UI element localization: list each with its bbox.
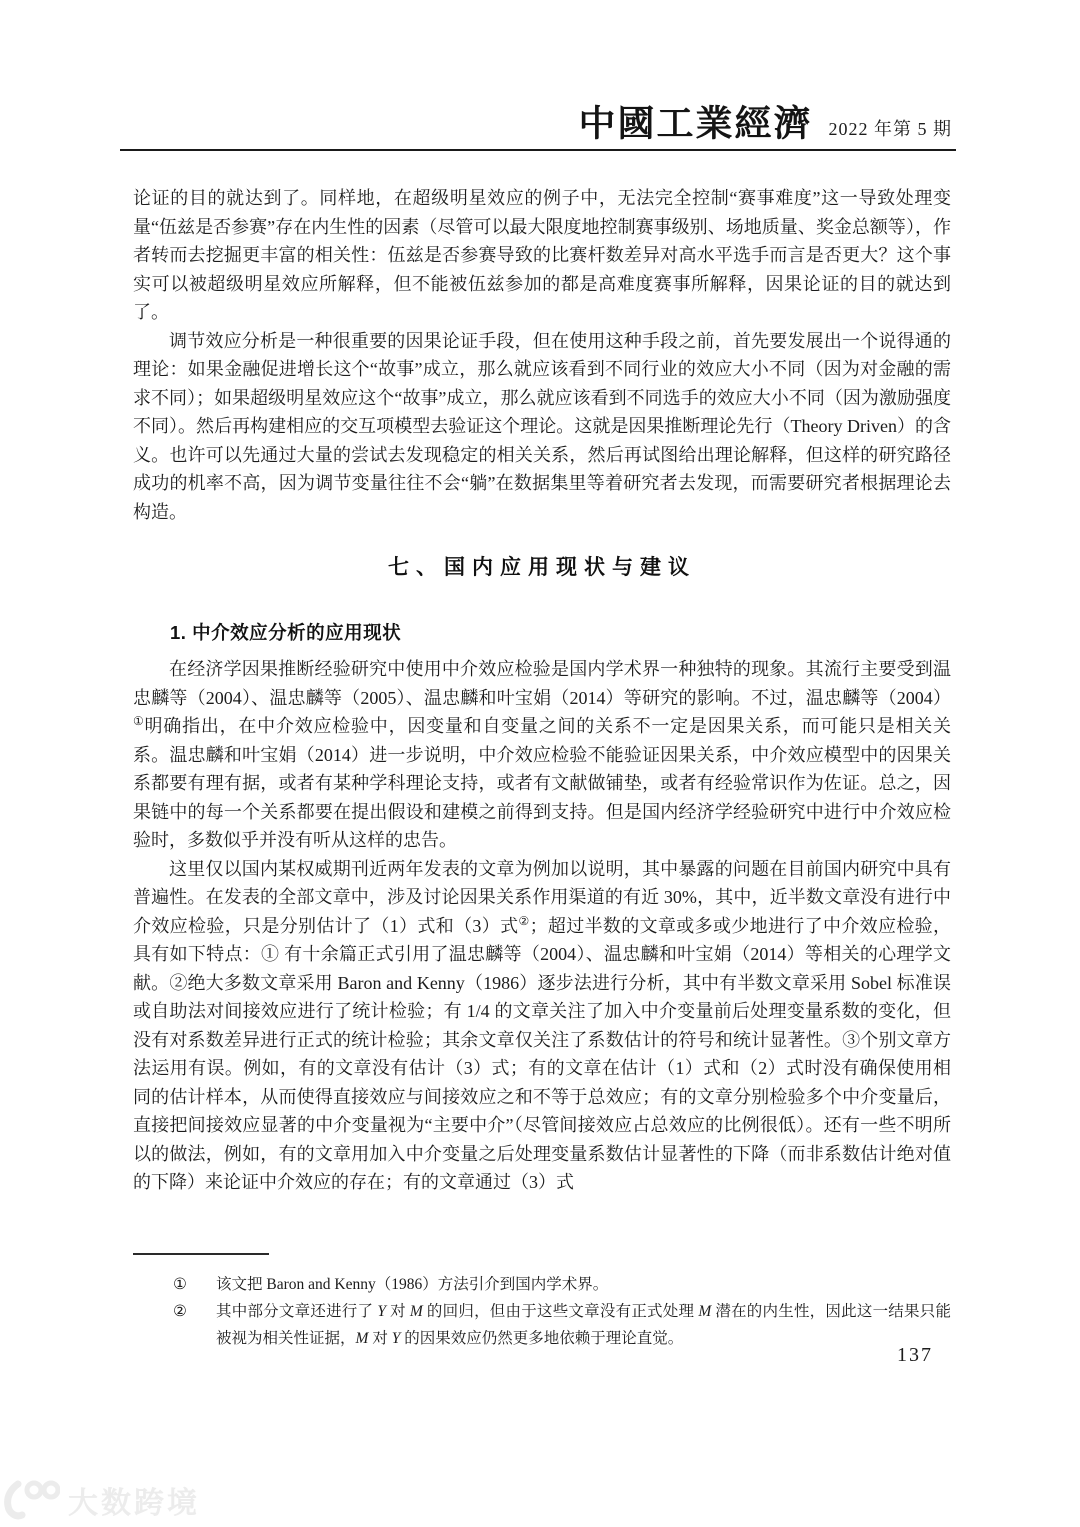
footnote-separator-rule [133, 1253, 269, 1255]
paragraph-3-text-post: 明确指出，在中介效应检验中，因变量和自变量之间的关系不一定是因果关系，而可能只是… [133, 716, 951, 850]
footnote-1: ① 该文把 Baron and Kenny（1986）方法引介到国内学术界。 [133, 1271, 951, 1298]
paragraph-3-text-pre: 在经济学因果推断经验研究中使用中介效应检验是国内学术界一种独特的现象。其流行主要… [133, 659, 951, 708]
issue-info: 2022 年第 5 期 [829, 119, 953, 143]
page-header: 中國工業經濟 2022 年第 5 期 [120, 106, 956, 151]
section-heading: 七、国内应用现状与建议 [133, 553, 951, 583]
header-rule [120, 149, 956, 151]
footnote-1-text: 该文把 Baron and Kenny（1986）方法引介到国内学术界。 [216, 1271, 951, 1298]
footnote-text-segment: 该文把 Baron and Kenny（1986）方法引介到国内学术界。 [216, 1276, 608, 1293]
footnote-text-segment: M [410, 1303, 423, 1320]
footnotes-section: ① 该文把 Baron and Kenny（1986）方法引介到国内学术界。 ②… [133, 1253, 951, 1352]
footnote-2: ② 其中部分文章还进行了 Y 对 M 的回归，但由于这些文章没有正式处理 M 潜… [133, 1298, 951, 1352]
footnote-text-segment: 其中部分文章还进行了 [216, 1303, 377, 1320]
footnote-text-segment: M [356, 1330, 369, 1347]
footnote-marker-2: ② [518, 914, 529, 928]
footnote-text-segment: 的回归，但由于这些文章没有正式处理 [423, 1303, 699, 1320]
footnote-text-segment: M [698, 1303, 711, 1320]
subsection-heading: 1. 中介效应分析的应用现状 [170, 620, 951, 646]
watermark: 大数跨境 [4, 1478, 200, 1522]
header-text: 中國工業經濟 2022 年第 5 期 [120, 106, 956, 149]
footnote-text-segment: 对 [386, 1303, 410, 1320]
article-body: 论证的目的就达到了。同样地，在超级明星效应的例子中，无法完全控制“赛事难度”这一… [133, 184, 951, 1197]
footnote-text-segment: Y [377, 1303, 386, 1320]
footnote-2-text: 其中部分文章还进行了 Y 对 M 的回归，但由于这些文章没有正式处理 M 潜在的… [216, 1298, 951, 1352]
paragraph-3: 在经济学因果推断经验研究中使用中介效应检验是国内学术界一种独特的现象。其流行主要… [133, 655, 951, 855]
paragraph-4-text-post: ；超过半数的文章或多或少地进行了中介效应检验，具有如下特点：① 有十余篇正式引用… [133, 916, 951, 1193]
paragraph-1: 论证的目的就达到了。同样地，在超级明星效应的例子中，无法完全控制“赛事难度”这一… [133, 184, 951, 327]
page-number: 137 [897, 1344, 933, 1367]
paragraph-2: 调节效应分析是一种很重要的因果论证手段，但在使用这种手段之前，首先要发展出一个说… [133, 327, 951, 527]
paragraph-4: 这里仅以国内某权威期刊近两年发表的文章为例加以说明，其中暴露的问题在目前国内研究… [133, 855, 951, 1197]
footnote-text-segment: 对 [368, 1330, 391, 1347]
footnote-text-segment: 的因果效应仍然更多地依赖于理论直觉。 [400, 1330, 683, 1347]
watermark-100-logo-icon [4, 1478, 60, 1522]
journal-page: 中國工業經濟 2022 年第 5 期 论证的目的就达到了。同样地，在超级明星效应… [0, 0, 1080, 1527]
watermark-brand-text: 大数跨境 [68, 1478, 200, 1522]
journal-logo: 中國工業經濟 [579, 107, 813, 143]
footnote-2-marker: ② [173, 1298, 216, 1352]
footnote-marker-1: ① [133, 714, 145, 728]
footnote-1-marker: ① [173, 1271, 216, 1298]
